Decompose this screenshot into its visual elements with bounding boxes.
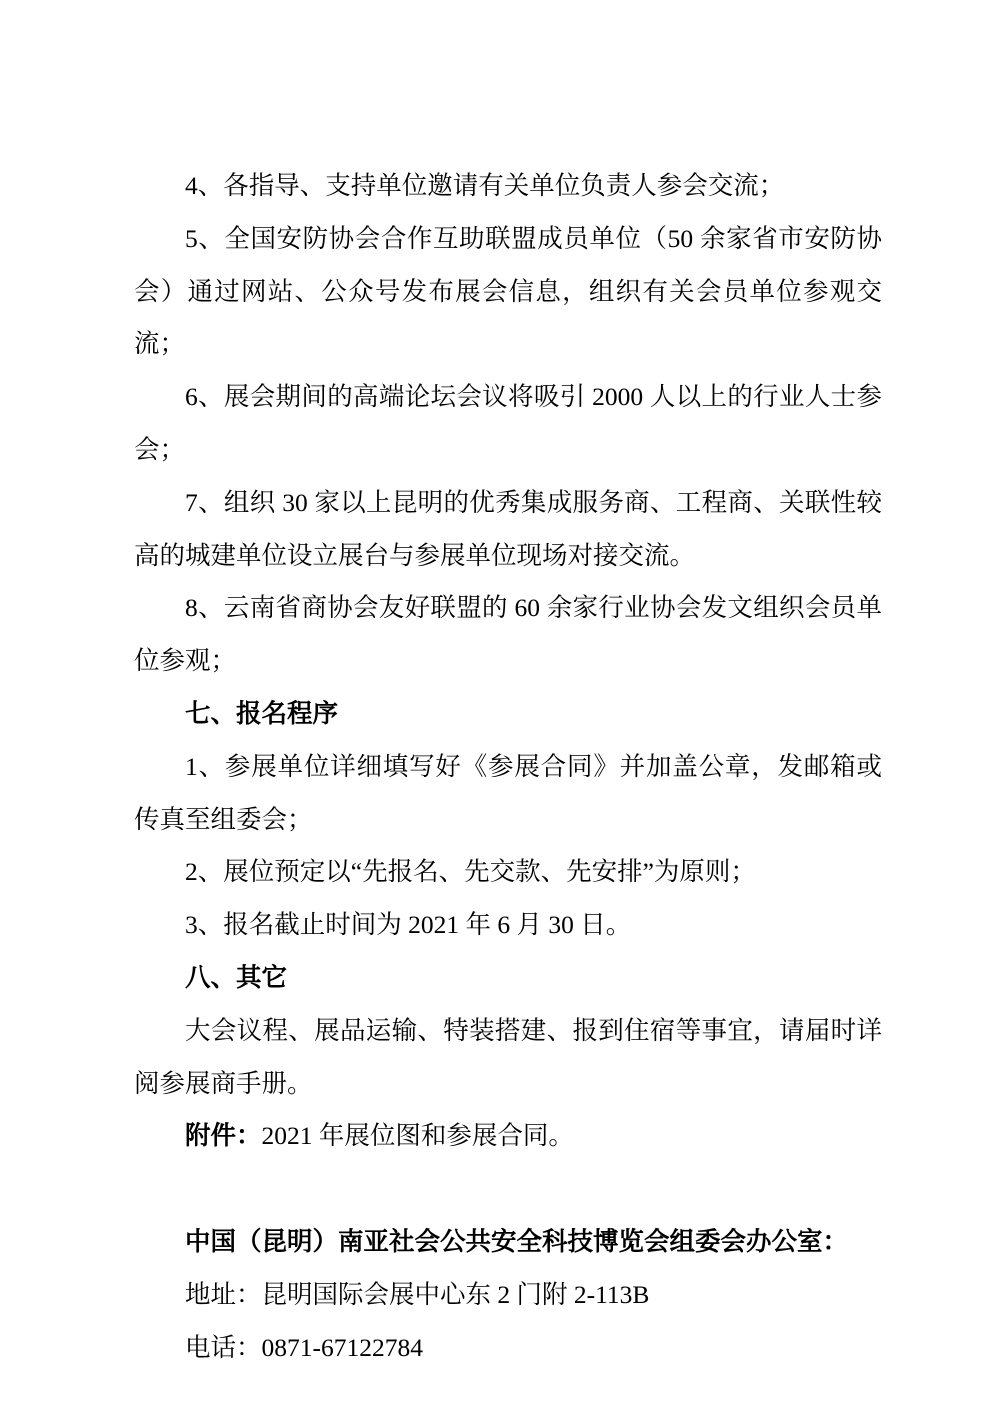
paragraph-forum-attendance: 6、展会期间的高端论坛会议将吸引 2000 人以上的行业人士参会；	[134, 371, 882, 477]
paragraph-registration-step-2: 2、展位预定以“先报名、先交款、先安排”为原则；	[134, 846, 882, 899]
attachment-text: 2021 年展位图和参展合同。	[262, 1121, 574, 1150]
section-heading-registration: 七、报名程序	[134, 688, 882, 741]
paragraph-guide-units: 4、各指导、支持单位邀请有关单位负责人参会交流；	[134, 160, 882, 213]
paragraph-other-note: 大会议程、展品运输、特装搭建、报到住宿等事宜，请届时详阅参展商手册。	[134, 1005, 882, 1111]
paragraph-security-alliance: 5、全国安防协会合作互助联盟成员单位（50 余家省市安防协会）通过网站、公众号发…	[134, 213, 882, 371]
paragraph-integrators: 7、组织 30 家以上昆明的优秀集成服务商、工程商、关联性较高的城建单位设立展台…	[134, 477, 882, 583]
paragraph-registration-step-1: 1、参展单位详细填写好《参展合同》并加盖公章，发邮箱或传真至组委会；	[134, 741, 882, 847]
office-title: 中国（昆明）南亚社会公共安全科技博览会组委会办公室：	[134, 1216, 882, 1269]
phone-line: 电话：0871-67122784	[134, 1322, 882, 1375]
attachment-label: 附件：	[185, 1121, 262, 1150]
section-heading-other: 八、其它	[134, 952, 882, 1005]
paragraph-registration-step-3: 3、报名截止时间为 2021 年 6 月 30 日。	[134, 899, 882, 952]
address-line: 地址：昆明国际会展中心东 2 门附 2-113B	[134, 1269, 882, 1322]
document-page: 4、各指导、支持单位邀请有关单位负责人参会交流； 5、全国安防协会合作互助联盟成…	[0, 0, 1000, 1414]
paragraph-attachment: 附件：2021 年展位图和参展合同。	[134, 1110, 882, 1163]
blank-line	[134, 1163, 882, 1216]
paragraph-yunnan-alliance: 8、云南省商协会友好联盟的 60 余家行业协会发文组织会员单位参观；	[134, 582, 882, 688]
